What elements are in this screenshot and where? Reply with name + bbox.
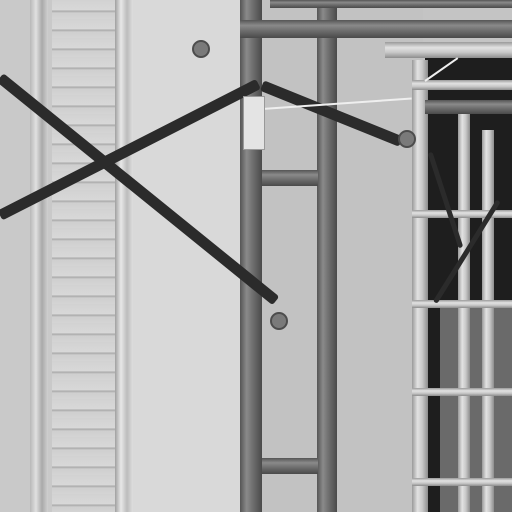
pole-label-tag — [243, 96, 265, 150]
scaffolding-photo — [0, 0, 512, 512]
coupler-clamp — [270, 312, 288, 330]
scaffold-top-rail — [270, 0, 512, 8]
scaffold-ledger-top — [240, 20, 512, 38]
scaffold-pole-right — [317, 0, 337, 512]
frame-rail-top — [385, 42, 512, 58]
coupler-clamp — [192, 40, 210, 58]
siding-trim — [30, 0, 48, 512]
coupler-clamp — [398, 130, 416, 148]
scaffold-ledger — [262, 170, 318, 186]
frame-rail — [412, 300, 512, 308]
scaffold-pole-left — [240, 0, 262, 512]
frame-dark-tube — [425, 100, 512, 114]
frame-rail — [412, 80, 512, 90]
frame-rail — [412, 388, 512, 396]
frame-rail — [412, 210, 512, 218]
frame-post-left — [412, 60, 428, 512]
scaffold-ledger-bottom — [262, 458, 318, 474]
siding-corner-trim — [115, 0, 133, 512]
frame-rail — [412, 478, 512, 486]
frame-post-right — [482, 130, 494, 512]
